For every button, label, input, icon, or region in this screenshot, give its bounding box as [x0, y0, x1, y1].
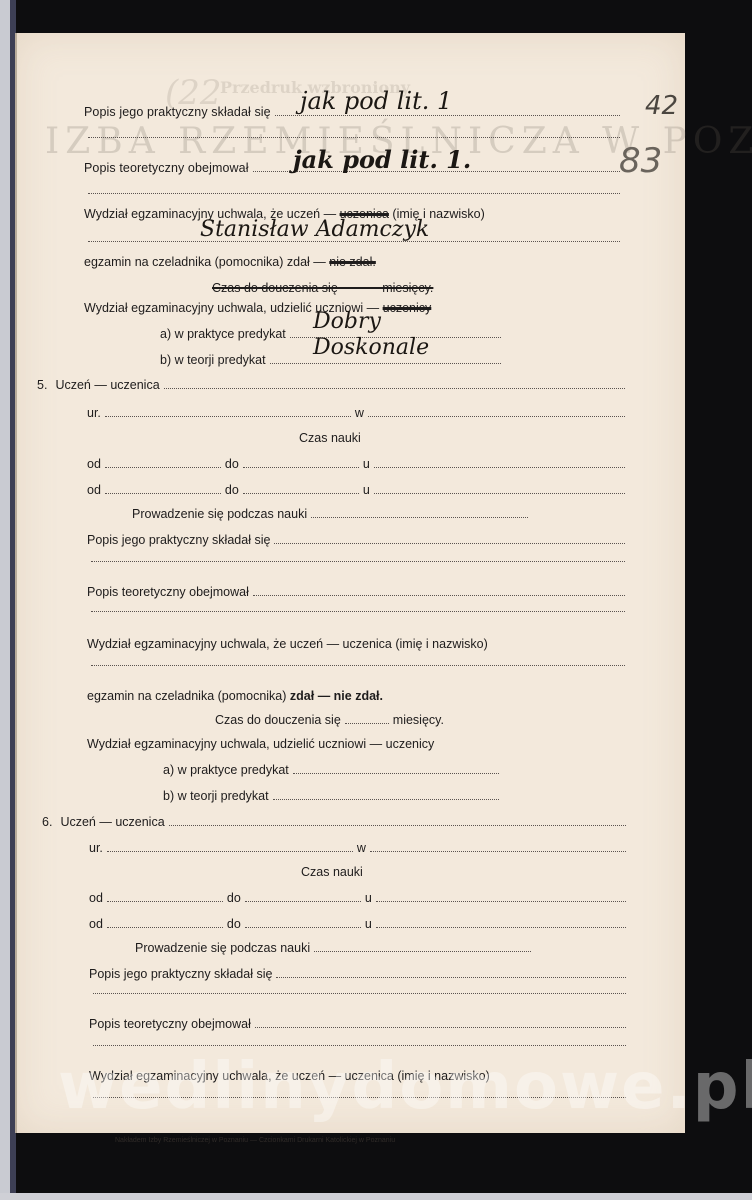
- section5-exam-row: egzamin na czeladnika (pomocnika) zdał —…: [87, 689, 383, 703]
- struck-nie-zdal: nie zdał.: [329, 255, 376, 269]
- section6-period-row-1: od do u: [89, 891, 630, 905]
- practical-label: Popis jego praktyczny składał się: [84, 105, 271, 119]
- theory-label: Popis teoretyczny obejmował: [87, 585, 249, 599]
- practice-grade-label: a) w praktyce predykat: [163, 763, 289, 777]
- theory-grade-handwritten: Doskonale: [313, 335, 429, 360]
- site-watermark: wedlinydomowe.pl: [58, 1050, 752, 1124]
- practical-label: Popis jego praktyczny składał się: [89, 967, 272, 981]
- practical-handwritten: jak pod lit. 1: [300, 87, 452, 115]
- section5-remedial-row: Czas do douczenia się miesięcy.: [215, 713, 444, 727]
- theory-grade-label: b) w teorji predykat: [163, 789, 269, 803]
- conduct-label: Prowadzenie się podczas nauki: [135, 941, 310, 955]
- practical-field[interactable]: [274, 543, 625, 544]
- section6-student-field[interactable]: [169, 825, 626, 826]
- practice-grade-field[interactable]: [293, 773, 499, 774]
- section6-born-row: ur. w: [89, 841, 630, 855]
- student-label: Uczeń — uczenica: [60, 815, 164, 829]
- section6-place-field[interactable]: [370, 851, 626, 852]
- theory-field[interactable]: [255, 1027, 626, 1028]
- at-field[interactable]: [376, 927, 626, 928]
- section6-conduct-row: Prowadzenie się podczas nauki: [135, 941, 535, 955]
- practical-line-2: [84, 137, 624, 141]
- to-field[interactable]: [243, 493, 359, 494]
- at-field[interactable]: [376, 901, 626, 902]
- at-field[interactable]: [374, 467, 625, 468]
- section5-born-field[interactable]: [105, 416, 351, 417]
- in-label: w: [355, 406, 364, 420]
- section6-theory-row: Popis teoretyczny obejmował: [89, 1017, 630, 1031]
- theory-label: Popis teoretyczny obejmował: [89, 1017, 251, 1031]
- theory-field[interactable]: [253, 595, 625, 596]
- section6-number: 6.: [42, 815, 52, 829]
- from-label: od: [89, 917, 103, 931]
- from-label: od: [87, 457, 101, 471]
- section5-grade-row: Wydział egzaminacyjny uchwala, udzielić …: [87, 737, 434, 751]
- theory-grade-field[interactable]: [273, 799, 499, 800]
- theory-grade-label: b) w teorji predykat: [160, 353, 266, 367]
- practical-field-2[interactable]: [88, 137, 620, 138]
- conduct-field[interactable]: [311, 517, 528, 518]
- theory-field-2[interactable]: [93, 1045, 626, 1046]
- theory-field-2[interactable]: [91, 611, 625, 612]
- section5-theory-grade-row: b) w teorji predykat: [163, 789, 503, 803]
- theory-field-2[interactable]: [88, 193, 620, 194]
- to-label: do: [225, 457, 239, 471]
- born-label: ur.: [87, 406, 101, 420]
- study-time-label: Czas nauki: [301, 865, 363, 879]
- section5-practical-row: Popis jego praktyczny składał się: [87, 533, 629, 547]
- to-label: do: [227, 891, 241, 905]
- scan-bottom-edge: [0, 1193, 752, 1200]
- document-page: Przedruk wzbroniony IZBA RZEMIEŚLNICZA W…: [15, 33, 685, 1133]
- practice-grade-label: a) w praktyce predykat: [160, 327, 286, 341]
- section6-theory-line-2: [89, 1045, 630, 1049]
- exam-label: egzamin na czeladnika (pomocnika): [87, 689, 286, 703]
- born-label: ur.: [89, 841, 103, 855]
- exam-label: egzamin na czeladnika (pomocnika) zdał —: [84, 255, 326, 269]
- grade-label: Wydział egzaminacyjny uchwala, udzielić …: [87, 737, 434, 751]
- from-field[interactable]: [105, 467, 221, 468]
- student-label: Uczeń — uczenica: [55, 378, 159, 392]
- section5-born-row: ur. w: [87, 406, 629, 420]
- section5-number: 5.: [37, 378, 47, 392]
- remedial-label-struck: Czas do douczenia się ——— miesięcy.: [212, 281, 433, 295]
- exam-result-row: egzamin na czeladnika (pomocnika) zdał —…: [84, 255, 376, 269]
- printer-footer: Nakładem Izby Rzemieślniczej w Poznaniu …: [115, 1137, 395, 1144]
- section6-practical-line-2: [89, 993, 630, 997]
- struck-uczenicy: uczenicy: [383, 301, 432, 315]
- theory-grade-field[interactable]: [270, 363, 501, 364]
- from-field[interactable]: [107, 901, 223, 902]
- at-label: u: [365, 891, 372, 905]
- student-name-handwritten: Stanisław Adamczyk: [200, 217, 429, 242]
- exam-options: zdał — nie zdał.: [290, 689, 383, 703]
- study-time-label: Czas nauki: [299, 431, 361, 445]
- section5-theory-row: Popis teoretyczny obejmował: [87, 585, 629, 599]
- section5-practice-grade-row: a) w praktyce predykat: [163, 763, 503, 777]
- margin-number-42: 42: [645, 91, 678, 121]
- margin-number-83: 83: [619, 141, 662, 181]
- section5-place-field[interactable]: [368, 416, 625, 417]
- name-field[interactable]: [91, 665, 625, 666]
- section5-name-line: [87, 665, 629, 669]
- practical-field[interactable]: [276, 977, 626, 978]
- section5-study-time: Czas nauki: [299, 431, 361, 445]
- section6-practical-row: Popis jego praktyczny składał się: [89, 967, 630, 981]
- to-field[interactable]: [243, 467, 359, 468]
- section6-period-row-2: od do u: [89, 917, 630, 931]
- remedial-months-field[interactable]: [345, 723, 389, 724]
- section5-conduct-row: Prowadzenie się podczas nauki: [132, 507, 532, 521]
- practical-field[interactable]: [275, 115, 620, 116]
- at-label: u: [363, 483, 370, 497]
- name-line: [84, 241, 624, 245]
- section5-student-row: 5. Uczeń — uczenica: [37, 378, 629, 392]
- remedial-label: Czas do douczenia się: [215, 713, 341, 727]
- theory-label: Popis teoretyczny obejmował: [84, 161, 249, 175]
- section5-practical-line-2: [87, 561, 629, 565]
- section5-student-field[interactable]: [164, 388, 625, 389]
- conduct-field[interactable]: [314, 951, 531, 952]
- from-label: od: [89, 891, 103, 905]
- from-field[interactable]: [105, 493, 221, 494]
- at-label: u: [365, 917, 372, 931]
- section6-born-field[interactable]: [107, 851, 353, 852]
- section5-theory-line-2: [87, 611, 629, 615]
- scan-left-edge: [0, 0, 10, 1200]
- name-field[interactable]: [88, 241, 620, 242]
- from-label: od: [87, 483, 101, 497]
- section6-student-row: 6. Uczeń — uczenica: [42, 815, 630, 829]
- at-field[interactable]: [374, 493, 625, 494]
- to-label: do: [225, 483, 239, 497]
- to-label: do: [227, 917, 241, 931]
- months-label: miesięcy.: [393, 713, 444, 727]
- from-field[interactable]: [107, 927, 223, 928]
- practical-field-2[interactable]: [91, 561, 625, 562]
- section5-period-row-2: od do u: [87, 483, 629, 497]
- practical-field-2[interactable]: [93, 993, 626, 994]
- section5-period-row-1: od do u: [87, 457, 629, 471]
- practice-grade-handwritten: Dobry: [313, 309, 381, 334]
- conduct-label: Prowadzenie się podczas nauki: [132, 507, 307, 521]
- practical-label: Popis jego praktyczny składał się: [87, 533, 270, 547]
- theory-handwritten: jak pod lit. 1.: [293, 145, 471, 174]
- remedial-row: Czas do douczenia się ——— miesięcy.: [212, 281, 433, 295]
- section6-study-time: Czas nauki: [301, 865, 363, 879]
- to-field[interactable]: [245, 901, 361, 902]
- section5-committee-row: Wydział egzaminacyjny uchwala, że uczeń …: [87, 637, 488, 651]
- to-field[interactable]: [245, 927, 361, 928]
- committee-label: Wydział egzaminacyjny uchwala, że uczeń …: [87, 637, 488, 651]
- theory-line-2: [84, 193, 624, 197]
- at-label: u: [363, 457, 370, 471]
- in-label: w: [357, 841, 366, 855]
